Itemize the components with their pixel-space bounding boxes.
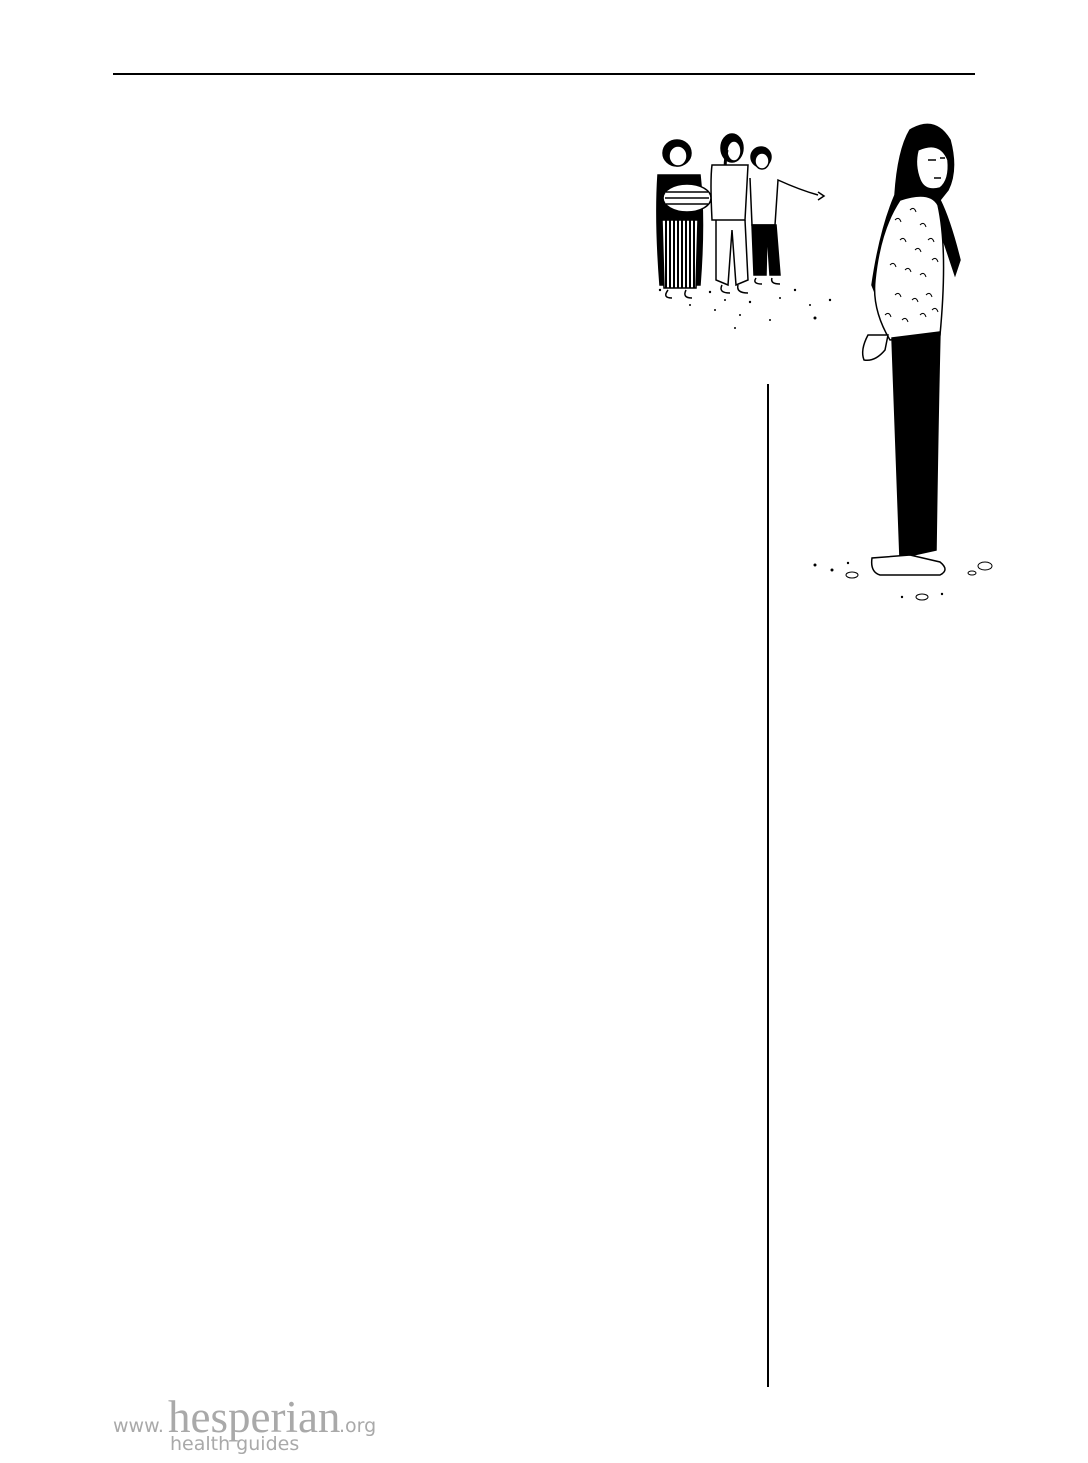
header-rule <box>113 73 975 75</box>
logo-suffix: .org <box>339 1415 376 1437</box>
sidebar-divider <box>767 384 769 1387</box>
hesperian-logo[interactable]: www. hesperian .org health guides <box>113 1398 373 1458</box>
logo-prefix: www. <box>113 1415 164 1437</box>
logo-tagline: health guides <box>170 1433 299 1455</box>
woman-looking-back-illustration <box>800 110 1010 610</box>
